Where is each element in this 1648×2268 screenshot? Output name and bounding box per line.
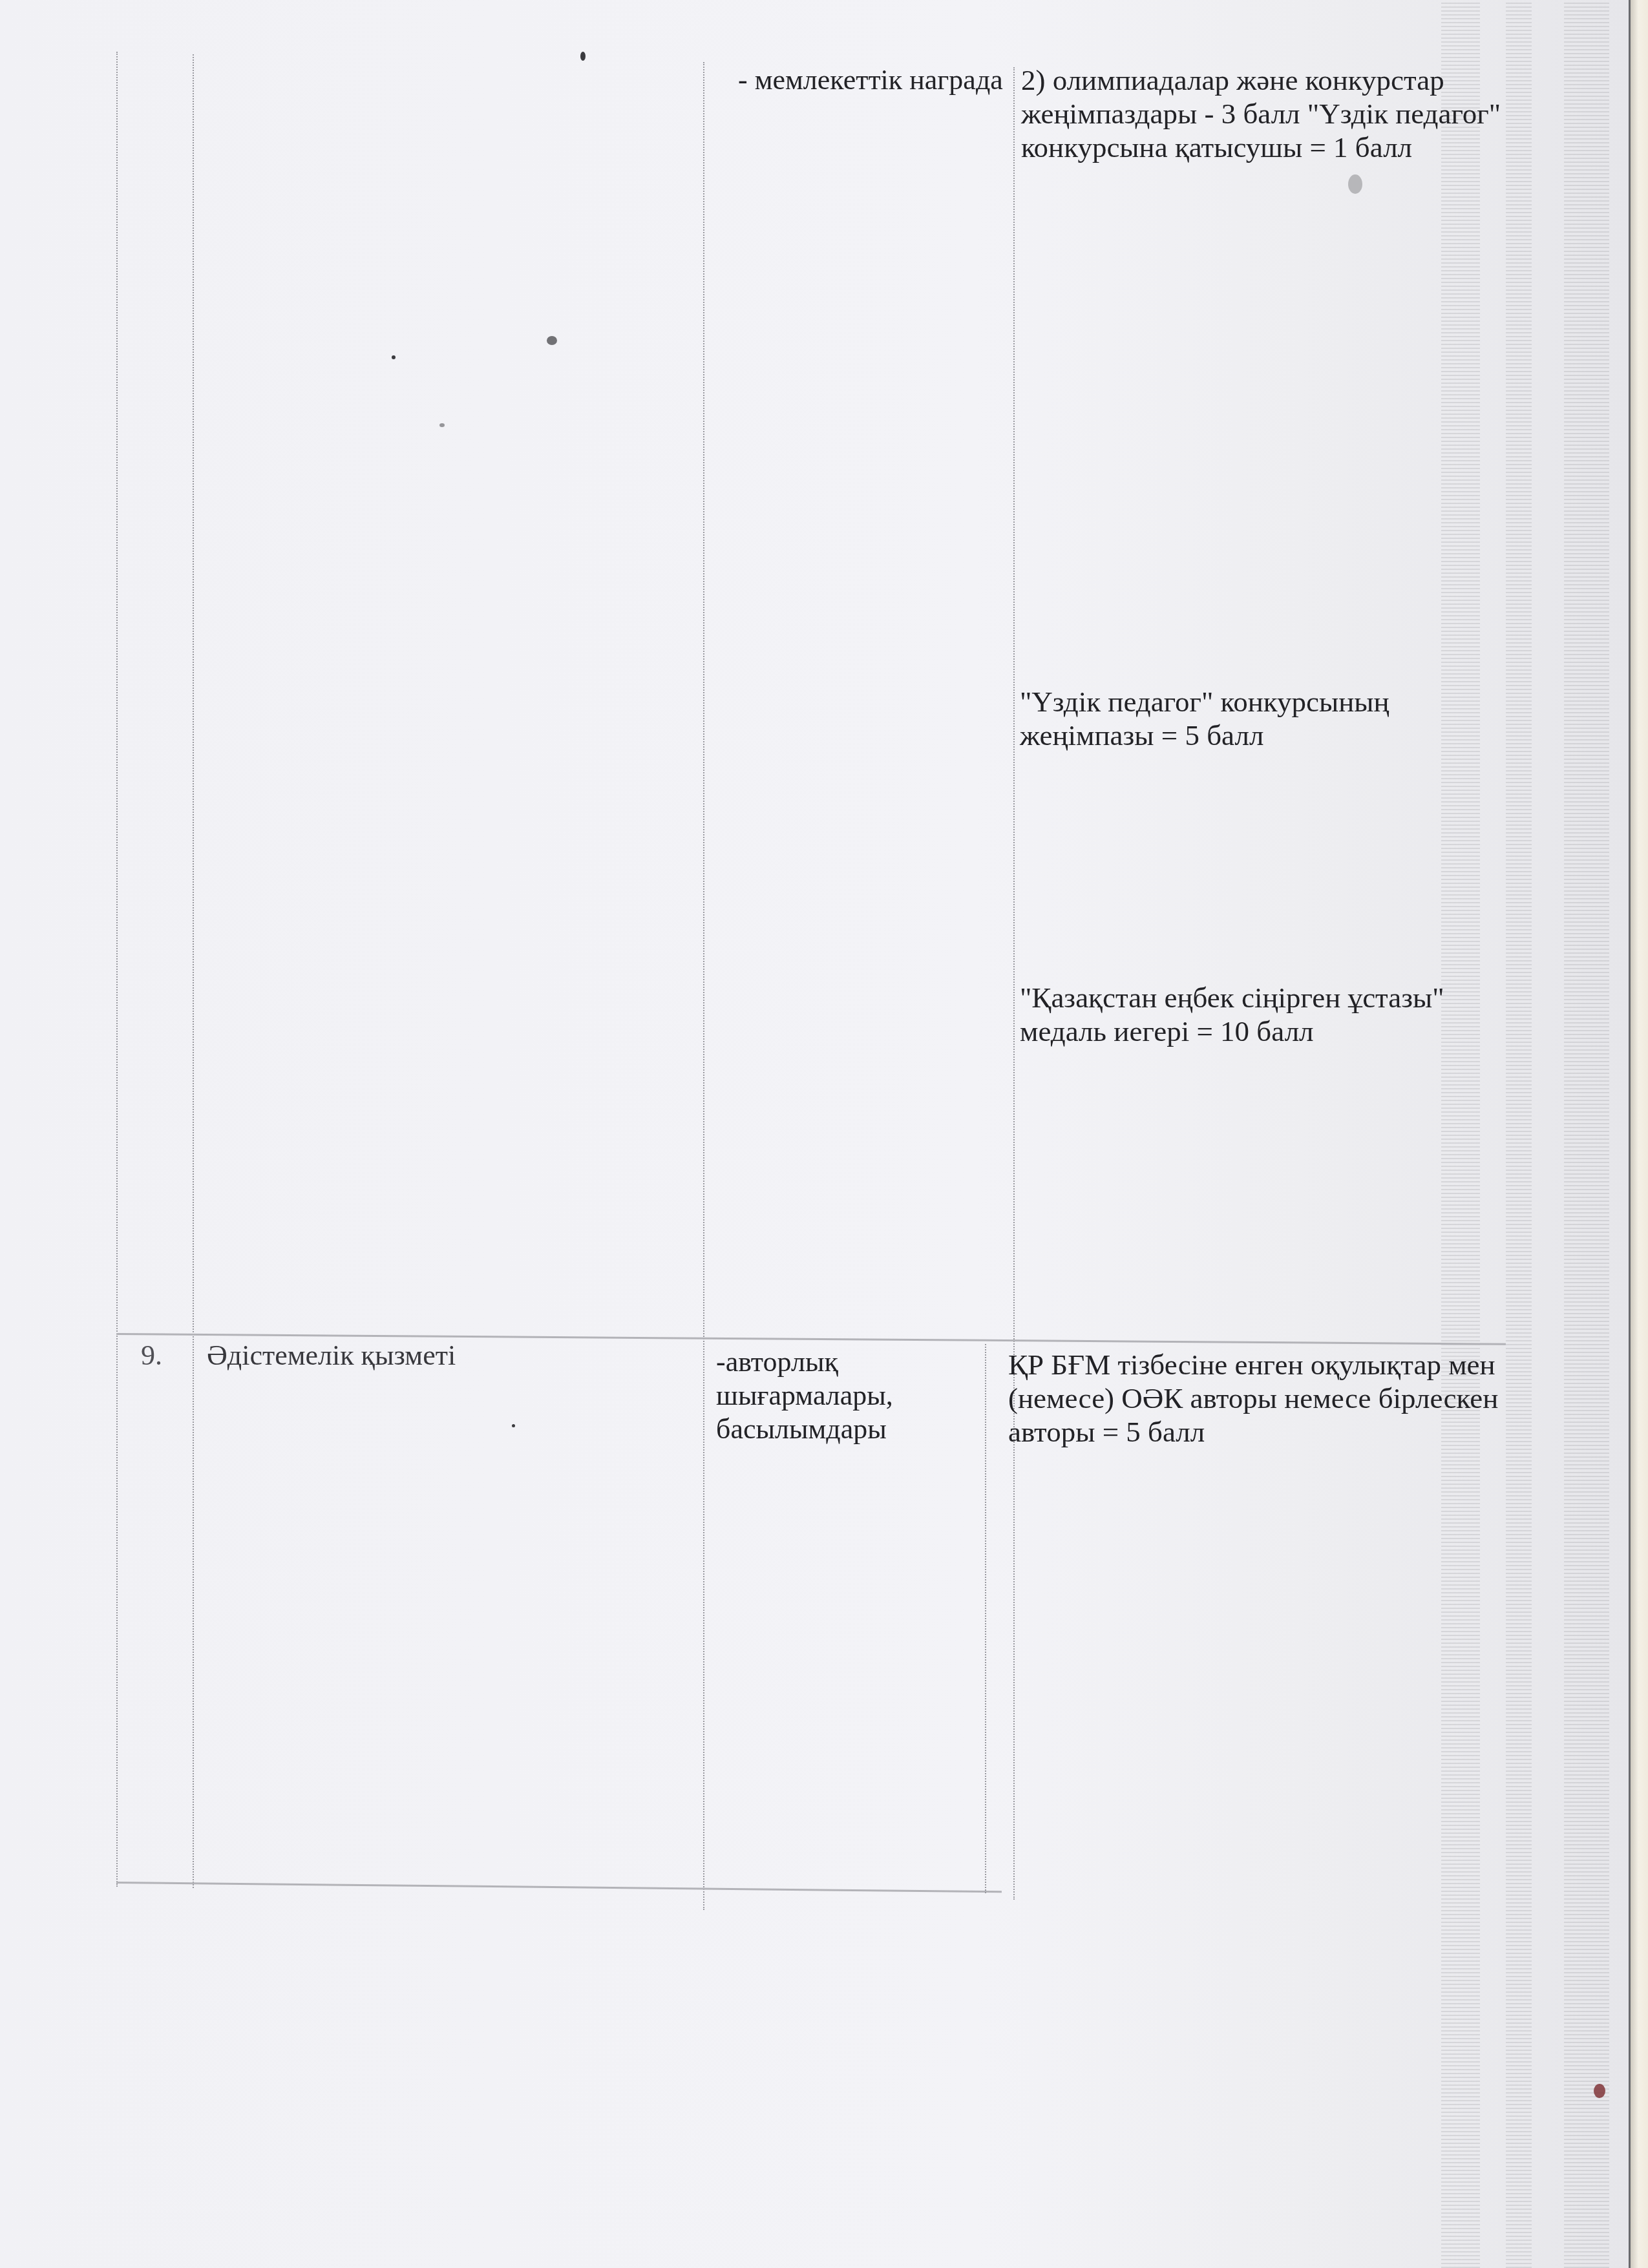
scoring-cell: "Үздік педагог" конкурсының жеңімпазы = …: [1020, 685, 1389, 752]
column-divider: [193, 54, 194, 1888]
scan-noise-band: [1506, 0, 1532, 2268]
scoring-cell: 2) олимпиадалар және конкурстар жеңімпаз…: [1021, 63, 1501, 164]
scan-speck: [1348, 174, 1362, 194]
indicator-cell: -авторлық шығармалары, басылымдары: [716, 1345, 893, 1446]
column-divider: [985, 1344, 986, 1893]
scanned-page: - мемлекеттік награда 2) олимпиадалар жә…: [0, 0, 1629, 2268]
scan-speck: [439, 423, 445, 427]
scoring-cell: "Қазақстан еңбек сіңірген ұстазы" медаль…: [1020, 981, 1444, 1048]
scan-noise-band: [1441, 0, 1480, 2268]
table-border-left: [116, 52, 118, 1887]
indicator-cell: - мемлекеттік награда: [738, 63, 1003, 97]
column-divider: [1013, 67, 1015, 1900]
row-number: 9.: [141, 1339, 162, 1372]
scan-speck: [512, 1424, 515, 1427]
scoring-cell: ҚР БҒМ тізбесіне енген оқулықтар мен (не…: [1008, 1348, 1498, 1449]
table-border-bottom: [116, 1882, 1002, 1893]
scan-speck: [1594, 2084, 1605, 2098]
page-edge: [1629, 0, 1648, 2268]
scan-speck: [547, 336, 557, 345]
column-divider: [703, 62, 704, 1910]
scan-speck: [392, 355, 396, 359]
criterion-cell: Әдістемелік қызметі: [207, 1339, 456, 1372]
scan-speck: [580, 52, 586, 61]
scan-noise-band: [1564, 0, 1609, 2268]
